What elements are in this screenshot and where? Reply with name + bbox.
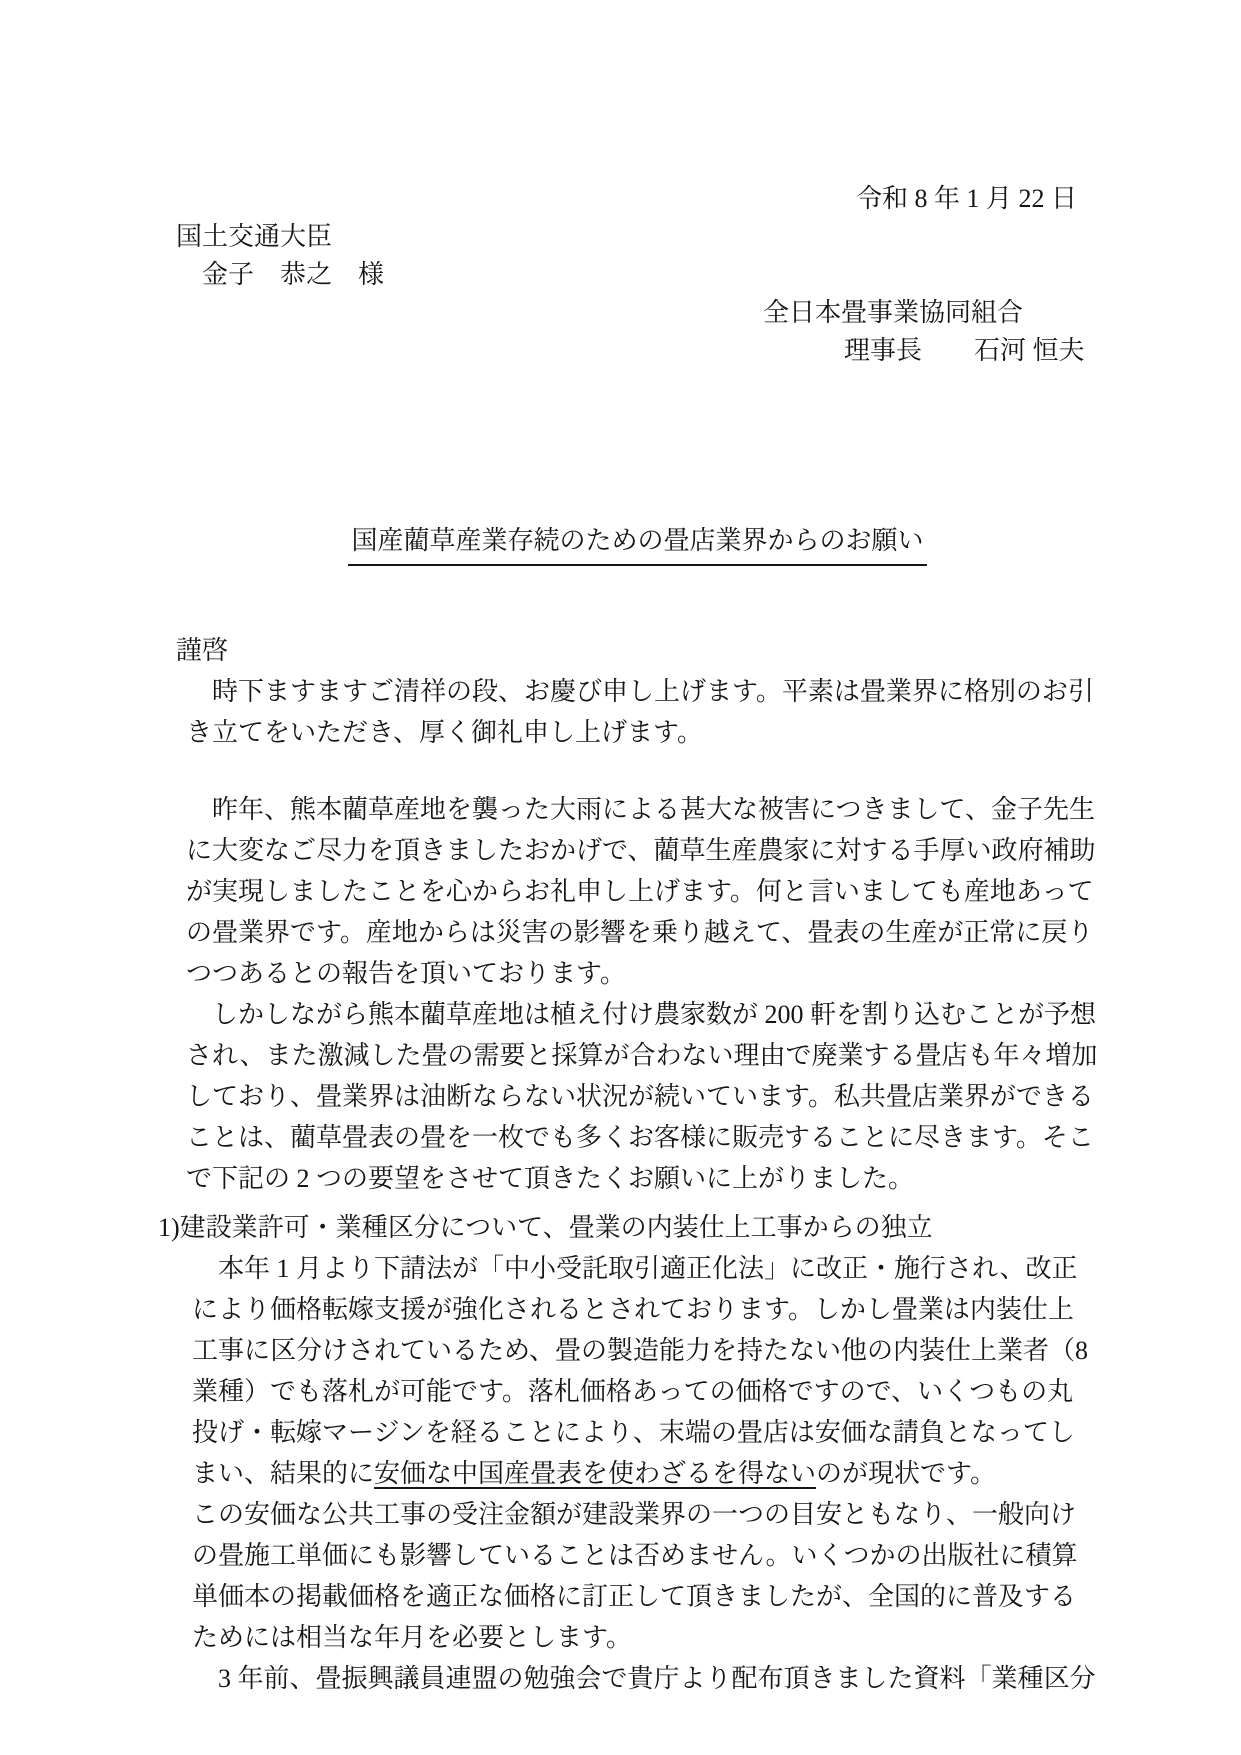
request1-line: 投げ・転嫁マージンを経ることにより、末端の畳店は安価な請負となってし: [158, 1412, 1091, 1453]
date-line: 令和 8 年 1 月 22 日: [158, 180, 1091, 218]
sender-organization: 全日本畳事業協同組合: [158, 294, 1091, 332]
body-line: 時下ますますご清祥の段、お慶び申し上げます。平素は畳業界に格別のお引: [158, 671, 1091, 712]
request1-line: 工事に区分けされているため、畳の製造能力を持たない他の内装仕上業者（8: [158, 1330, 1091, 1371]
request1-heading: 1)建設業許可・業種区分について、畳業の内装仕上工事からの独立: [158, 1207, 1091, 1248]
salutation: 謹啓: [158, 630, 1091, 671]
body-line: が実現しましたことを心からお礼申し上げます。何と言いましても産地あって: [158, 871, 1091, 912]
body-line: ことは、藺草畳表の畳を一枚でも多くお客様に販売することに尽きます。そこ: [158, 1117, 1091, 1158]
underlined-text: 安価な中国産畳表を使わざるを得ない: [374, 1459, 816, 1488]
text-segment: まい、結果的に: [192, 1459, 374, 1488]
blank-line: [158, 753, 1091, 789]
request1-line: により価格転嫁支援が強化されるとされております。しかし畳業は内装仕上: [158, 1289, 1091, 1330]
body-line: に大変なご尽力を頂きましたおかげで、藺草生産農家に対する手厚い政府補助: [158, 830, 1091, 871]
recipient-name: 金子 恭之 様: [158, 256, 1091, 294]
body-line: しかしながら熊本藺草産地は植え付け農家数が 200 軒を割り込むことが予想: [158, 994, 1091, 1035]
subject-row: 国産藺草産業存続のための畳店業界からのお願い: [158, 479, 1091, 607]
request1-line: 3 年前、畳振興議員連盟の勉強会で貴庁より配布頂きました資料「業種区分: [158, 1658, 1091, 1699]
request1-line: この安価な公共工事の受注金額が建設業界の一つの目安ともなり、一般向け: [158, 1494, 1091, 1535]
body-line: つつあるとの報告を頂いております。: [158, 953, 1091, 994]
sender-representative: 理事長 石河 恒夫: [158, 332, 1091, 370]
body-line: しており、畳業界は油断ならない状況が続いています。私共畳店業界ができる: [158, 1076, 1091, 1117]
request1-line: 単価本の掲載価格を適正な価格に訂正して頂きましたが、全国的に普及する: [158, 1576, 1091, 1617]
text-segment: のが現状です。: [816, 1459, 996, 1488]
request1-line: ためには相当な年月を必要とします。: [158, 1617, 1091, 1658]
request1-line: の畳施工単価にも影響していることは否めません。いくつかの出版社に積算: [158, 1535, 1091, 1576]
request1-line: 業種）でも落札が可能です。落札価格あっての価格ですので、いくつもの丸: [158, 1371, 1091, 1412]
document-page: 令和 8 年 1 月 22 日 国土交通大臣 金子 恭之 様 全日本畳事業協同組…: [0, 0, 1241, 1755]
body-line: 昨年、熊本藺草産地を襲った大雨による甚大な被害につきまして、金子先生: [158, 789, 1091, 830]
subject-title: 国産藺草産業存続のための畳店業界からのお願い: [348, 520, 926, 566]
body-line: の畳業界です。産地からは災害の影響を乗り越えて、畳表の生産が正常に戻り: [158, 912, 1091, 953]
body-line: き立てをいただき、厚く御礼申し上げます。: [158, 712, 1091, 753]
recipient-title: 国土交通大臣: [158, 218, 1091, 256]
body-line: され、また激減した畳の需要と採算が合わない理由で廃業する畳店も年々増加: [158, 1035, 1091, 1076]
body-line: で下記の 2 つの要望をさせて頂きたくお願いに上がりました。: [158, 1158, 1091, 1199]
request1-line: まい、結果的に安価な中国産畳表を使わざるを得ないのが現状です。: [158, 1453, 1091, 1494]
request1-line: 本年 1 月より下請法が「中小受託取引適正化法」に改正・施行され、改正: [158, 1248, 1091, 1289]
